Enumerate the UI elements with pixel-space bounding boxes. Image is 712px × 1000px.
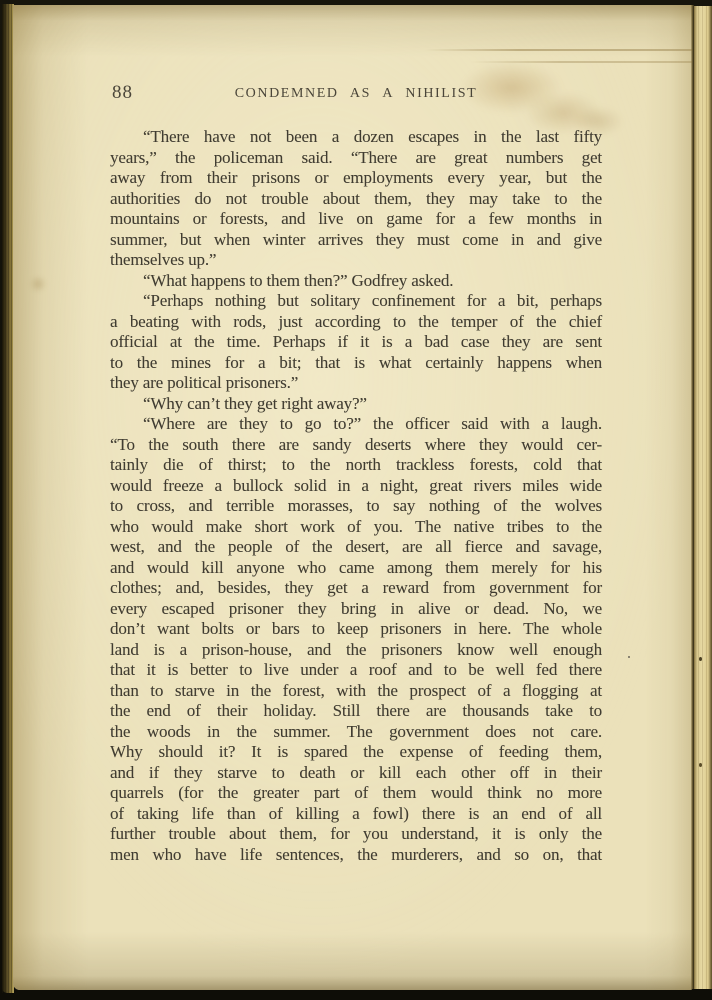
- ink-speck: [699, 657, 702, 661]
- text-line: than to starve in the forest, with the p…: [110, 681, 602, 702]
- text-line: “What happens to them then?” Godfrey ask…: [110, 271, 602, 292]
- text-line: every escaped prisoner they bring in ali…: [110, 599, 602, 620]
- text-line: clothes; and, besides, they get a reward…: [110, 578, 602, 599]
- text-line: that it is better to live under a roof a…: [110, 660, 602, 681]
- text-line: “Where are they to go to?” the officer s…: [110, 414, 602, 435]
- text-line: Why should it? It is spared the expense …: [110, 742, 602, 763]
- text-line: of taking life than of killing a fowl) t…: [110, 804, 602, 825]
- text-line: a beating with rods, just according to t…: [110, 312, 602, 333]
- text-line: official at the time. Perhaps if it is a…: [110, 332, 602, 353]
- fore-edge-pages: [694, 6, 712, 989]
- text-line: to cross, and terrible morasses, to say …: [110, 496, 602, 517]
- page-text: “There have not been a dozen escapes in …: [110, 127, 602, 865]
- text-line: tainly die of thirst; to the north track…: [110, 455, 602, 476]
- text-line: themselves up.”: [110, 250, 602, 271]
- text-line: west, and the people of the desert, are …: [110, 537, 602, 558]
- text-line: and would kill anyone who came among the…: [110, 558, 602, 579]
- text-line: would freeze a bullock solid in a night,…: [110, 476, 602, 497]
- foxing-spot: [29, 276, 47, 292]
- text-line: and if they starve to death or kill each…: [110, 763, 602, 784]
- running-title: CONDEMNED AS A NIHILIST: [110, 82, 602, 102]
- text-line: land is a prison-house, and the prisoner…: [110, 640, 602, 661]
- text-line: summer, but when winter arrives they mus…: [110, 230, 602, 251]
- text-line: away from their prisons or employments e…: [110, 168, 602, 189]
- text-line: authorities do not trouble about them, t…: [110, 189, 602, 210]
- page-number: 88: [112, 82, 133, 104]
- text-line: “There have not been a dozen escapes in …: [110, 127, 602, 148]
- book-scan: 88 CONDEMNED AS A NIHILIST “There have n…: [0, 0, 712, 1000]
- text-line: to the mines for a bit; that is what cer…: [110, 353, 602, 374]
- text-line: further trouble about them, for you unde…: [110, 824, 602, 845]
- text-line: mountains or forests, and live on game f…: [110, 209, 602, 230]
- text-line: who would make short work of you. The na…: [110, 517, 602, 538]
- text-line: the end of their holiday. Still there ar…: [110, 701, 602, 722]
- text-line: “Perhaps nothing but solitary confinemen…: [110, 291, 602, 312]
- text-line: “Why can’t they get right away?”: [110, 394, 602, 415]
- text-line: don’t want bolts or bars to keep prisone…: [110, 619, 602, 640]
- text-line: “To the south there are sandy deserts wh…: [110, 435, 602, 456]
- text-line: the woods in the summer. The government …: [110, 722, 602, 743]
- ink-speck: [628, 656, 630, 658]
- text-line: years,” the policeman said. “There are g…: [110, 148, 602, 169]
- text-line: quarrels (for the greater part of them w…: [110, 783, 602, 804]
- ink-speck: [699, 763, 702, 767]
- running-head: 88 CONDEMNED AS A NIHILIST: [110, 82, 602, 106]
- text-line: men who have life sentences, the murdere…: [110, 845, 602, 866]
- text-line: they are political prisoners.”: [110, 373, 602, 394]
